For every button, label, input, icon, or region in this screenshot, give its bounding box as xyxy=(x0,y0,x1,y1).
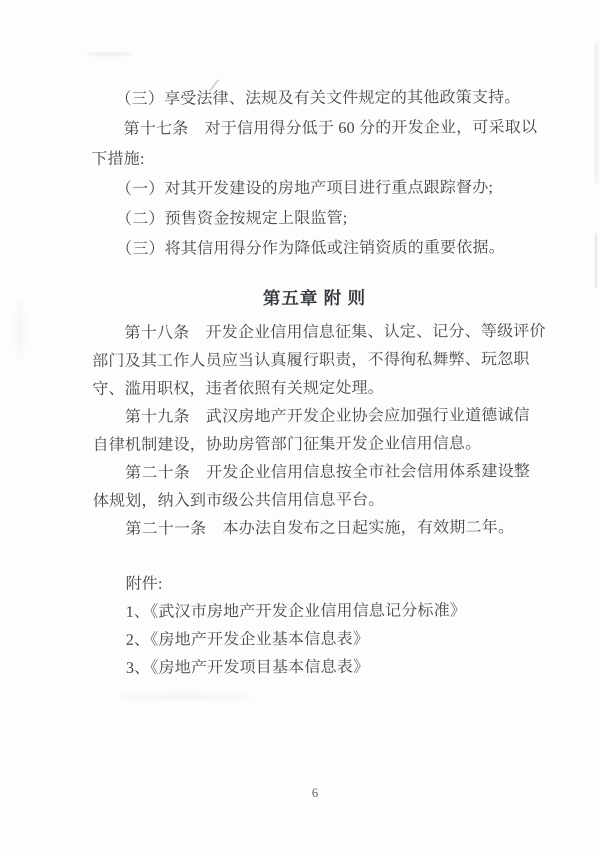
text-line: 第十八条 开发企业信用信息征集、认定、记分、等级评价 xyxy=(92,318,537,348)
attachment-line: 2、《房地产开发企业基本信息表》 xyxy=(93,625,538,655)
document-page: （三）享受法律、法规及有关文件规定的其他政策支持。 第十七条 对于信用得分低于 … xyxy=(0,0,600,849)
text-line: （三）享受法律、法规及有关文件规定的其他政策支持。 xyxy=(91,83,536,115)
section-supplementary-articles: 第十八条 开发企业信用信息征集、认定、记分、等级评价部门及其工作人员应当认真履行… xyxy=(92,318,538,544)
text-line: 部门及其工作人员应当认真履行职责，不得徇私舞弊、玩忽职 xyxy=(92,346,537,376)
attachment-line: 附件: xyxy=(93,569,538,599)
text-line: （三）将其信用得分作为降低或注销资质的重要依据。 xyxy=(92,233,537,265)
text-line: 第二十条 开发企业信用信息按全市社会信用体系建设整 xyxy=(93,458,538,488)
scan-artifact xyxy=(120,694,250,700)
text-line: 第十七条 对于信用得分低于 60 分的开发企业，可采取以 xyxy=(91,113,536,145)
text-line: （一）对其开发建设的房地产项目进行重点跟踪督办; xyxy=(91,173,536,205)
text-line: 下措施: xyxy=(91,143,536,175)
attachment-line: 1、《武汉市房地产开发企业信用信息记分标准》 xyxy=(93,597,538,627)
attachments-block: 附件: 1、《武汉市房地产开发企业信用信息记分标准》 2、《房地产开发企业基本信… xyxy=(93,569,538,683)
text-line: 守、滥用职权，违者依照有关规定处理。 xyxy=(92,374,537,404)
document-content: （三）享受法律、法规及有关文件规定的其他政策支持。 第十七条 对于信用得分低于 … xyxy=(91,83,539,683)
text-line: 第十九条 武汉房地产开发企业协会应加强行业道德诚信 xyxy=(92,402,537,432)
attachment-line: 3、《房地产开发项目基本信息表》 xyxy=(93,653,538,683)
text-line: 体规划，纳入到市级公共信用信息平台。 xyxy=(93,486,538,516)
section-credit-measures: （三）享受法律、法规及有关文件规定的其他政策支持。 第十七条 对于信用得分低于 … xyxy=(91,83,537,265)
text-line: （二）预售资金按规定上限监管; xyxy=(92,203,537,235)
chapter-heading: 第五章 附 则 xyxy=(92,282,537,314)
scan-artifact xyxy=(16,300,24,360)
scan-artifact xyxy=(595,43,598,183)
text-line: 自律机制建设，协助房管部门征集开发企业信用信息。 xyxy=(93,430,538,460)
page-number: 6 xyxy=(0,786,600,801)
scan-artifact xyxy=(595,233,597,288)
text-line: 第二十一条 本办法自发布之日起实施，有效期二年。 xyxy=(93,514,538,544)
scan-artifact xyxy=(86,52,132,56)
